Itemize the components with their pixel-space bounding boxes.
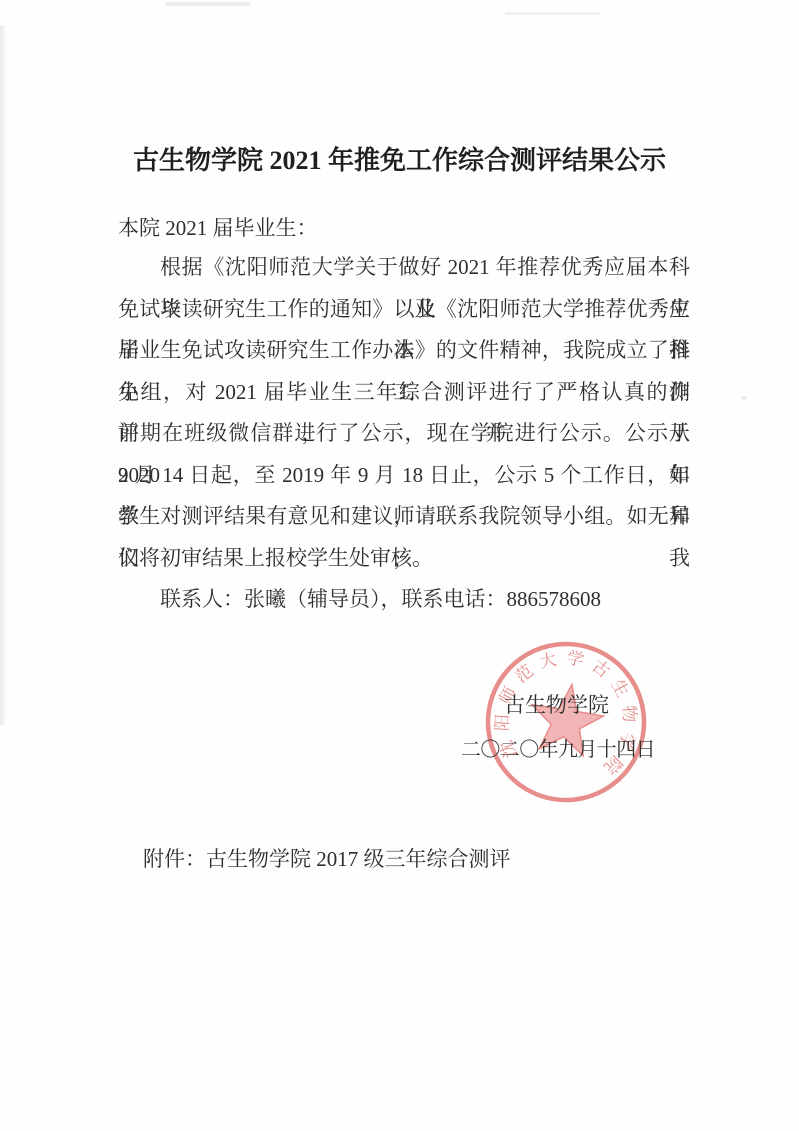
scan-artifact	[505, 12, 600, 15]
attachment-line: 附件：古生物学院 2017 级三年综合测评	[143, 843, 511, 873]
contact-line: 联系人：张曦（辅导员），联系电话：886578608	[118, 579, 690, 621]
body-line: 学生对测评结果有意见和建议，请联系我院领导小组。如无异议，我	[118, 496, 690, 538]
document-page: 古生物学院 2021 年推免工作综合测评结果公示 本院 2021 届毕业生： 根…	[0, 0, 799, 1131]
document-title: 古生物学院 2021 年推免工作综合测评结果公示	[0, 140, 799, 177]
signature-organization: 古生物学院	[504, 689, 609, 719]
body-paragraph: 根据《沈阳师范大学关于做好 2021 年推荐优秀应届本科毕业生 免试攻读研究生工…	[118, 247, 690, 621]
body-line: 免试攻读研究生工作的通知》以及《沈阳师范大学推荐优秀应届本科	[118, 289, 690, 331]
body-line: 前期在班级微信群进行了公示，现在学院进行公示。公示从 2020 年	[118, 413, 690, 455]
body-line: 9 月 14 日起，至 2019 年 9 月 18 日止，公示 5 个工作日，如…	[118, 455, 690, 497]
body-line: 毕业生免试攻读研究生工作办法》的文件精神，我院成立了推免工作	[118, 330, 690, 372]
official-seal: 沈阳师范大学古生物学院	[466, 622, 666, 822]
scan-artifact	[0, 25, 7, 725]
scan-artifact	[741, 396, 747, 400]
body-line: 根据《沈阳师范大学关于做好 2021 年推荐优秀应届本科毕业生	[118, 247, 690, 289]
body-line: 小组，对 2021 届毕业生三年综合测评进行了严格认真的测评，并于	[118, 372, 690, 414]
signature-date: 二〇二〇年九月十四日	[461, 733, 655, 762]
salutation-line: 本院 2021 届毕业生：	[118, 215, 318, 241]
scan-artifact	[165, 2, 250, 6]
